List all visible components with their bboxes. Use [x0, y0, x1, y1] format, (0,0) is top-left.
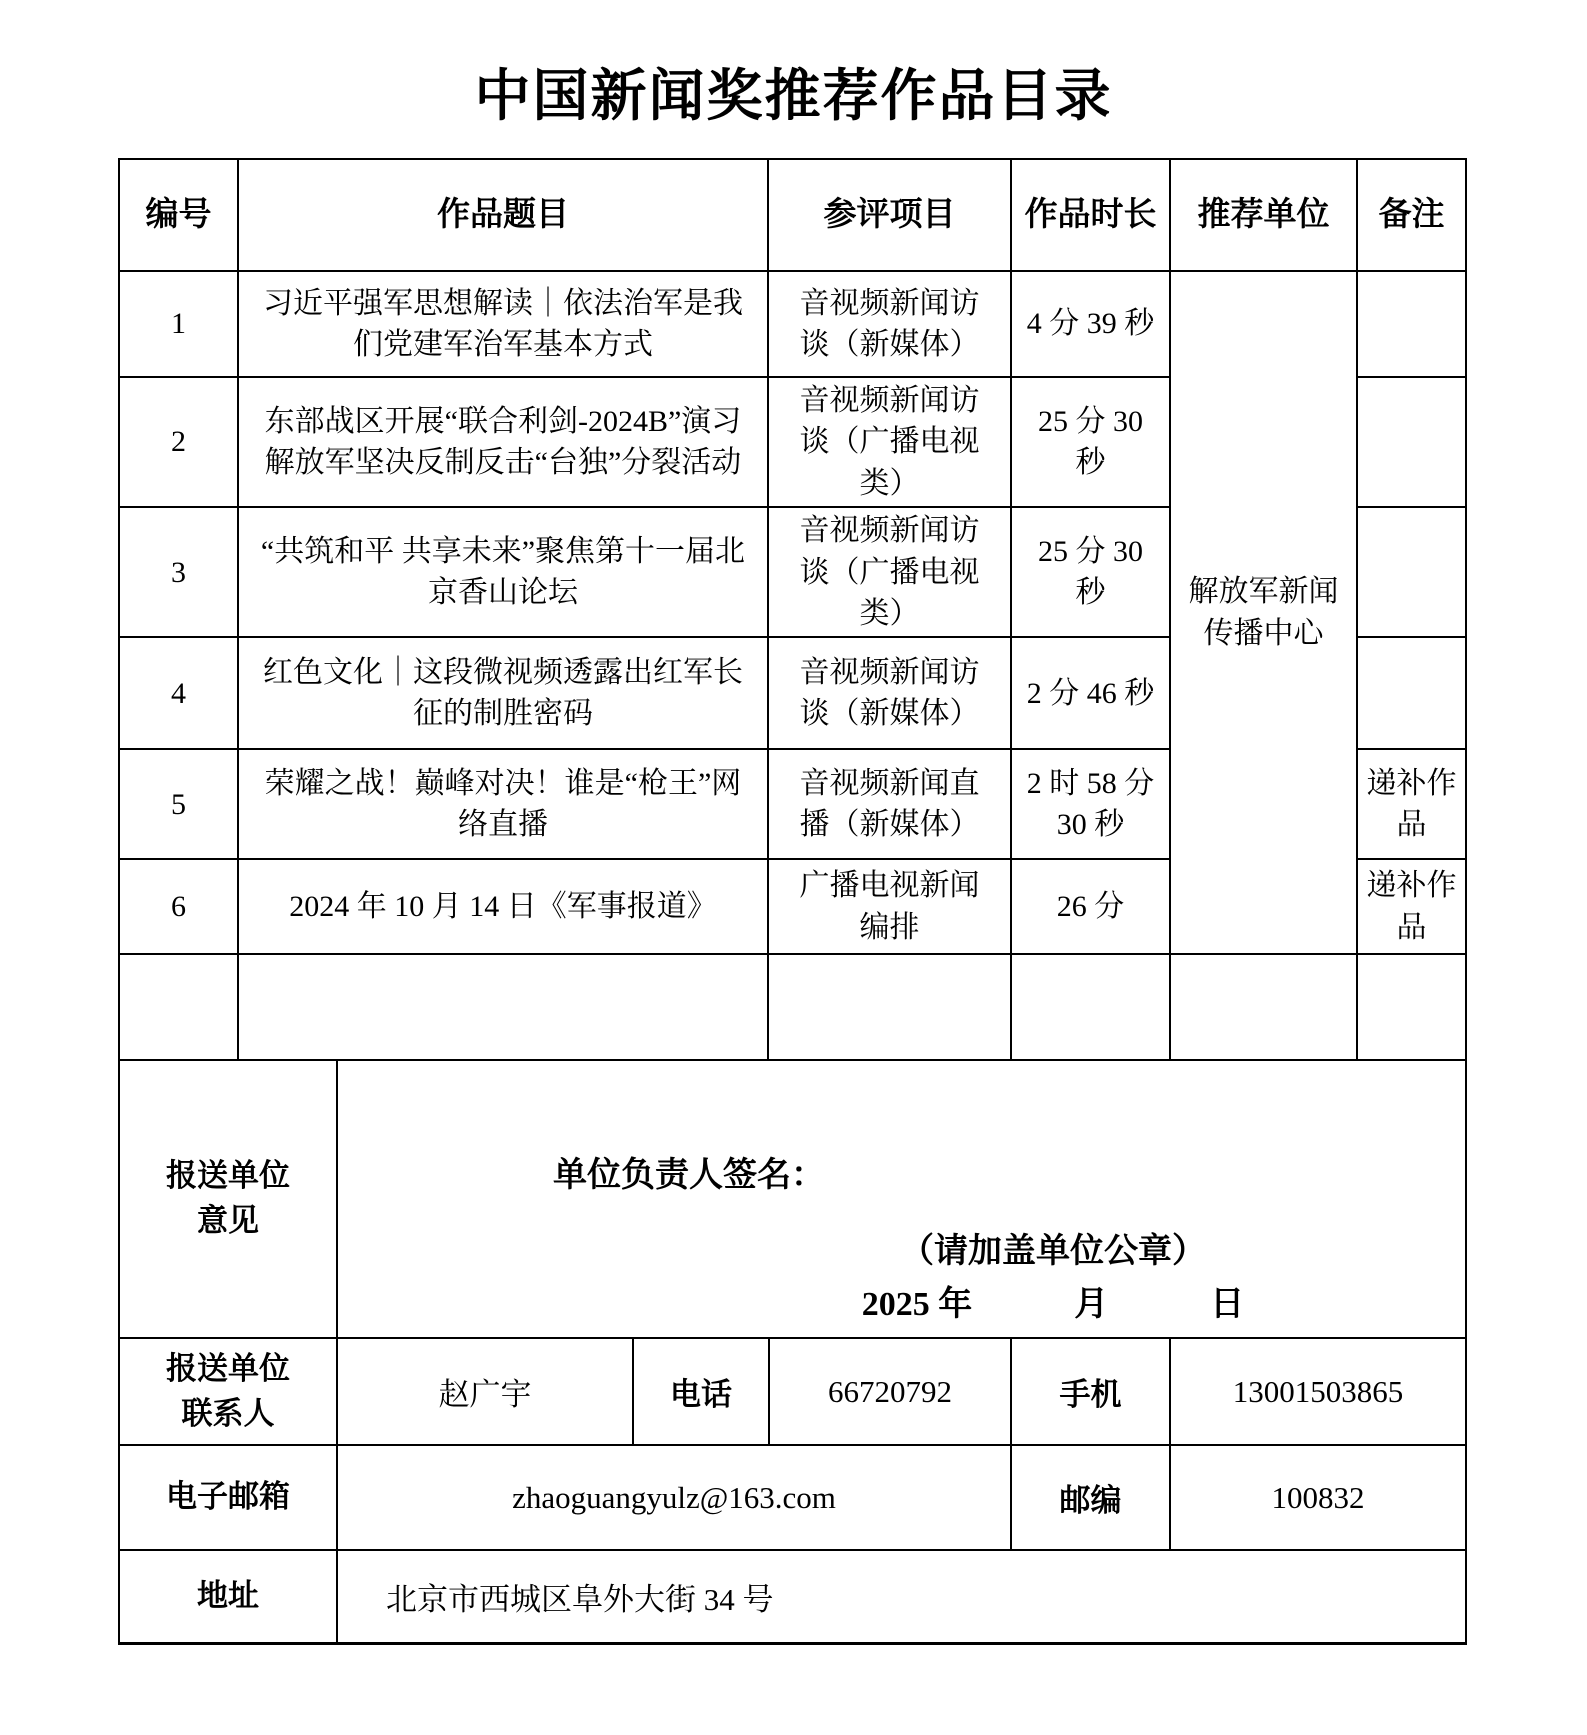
work-title: “共筑和平 共享未来”聚焦第十一届北京香山论坛: [238, 507, 768, 637]
table-row-empty: [119, 954, 1466, 1060]
work-duration: 2 分 46 秒: [1011, 637, 1170, 749]
work-category: 音视频新闻访谈（新媒体）: [768, 637, 1011, 749]
phone-number: 66720792: [769, 1338, 1011, 1445]
work-number: 6: [119, 859, 238, 954]
work-category: 音视频新闻访谈（广播电视类）: [768, 377, 1011, 507]
date-line: 2025 年 月 日: [768, 1279, 1338, 1332]
col-header-category: 参评项目: [768, 159, 1011, 271]
work-number: [119, 954, 238, 1060]
work-title: 东部战区开展“联合利剑-2024B”演习 解放军坚决反制反击“台独”分裂活动: [238, 377, 768, 507]
zip-label: 邮编: [1011, 1445, 1170, 1550]
work-title: 习近平强军思想解读｜依法治军是我们党建军治军基本方式: [238, 271, 768, 377]
email-value: zhaoguangyulz@163.com: [337, 1445, 1011, 1550]
work-number: 4: [119, 637, 238, 749]
recommending-unit-empty: [1170, 954, 1357, 1060]
seal-block: （请加盖单位公章） 2025 年 月 日: [768, 1226, 1338, 1331]
col-header-duration: 作品时长: [1011, 159, 1170, 271]
work-number: 1: [119, 271, 238, 377]
email-label: 电子邮箱: [119, 1445, 337, 1550]
address-label: 地址: [119, 1550, 337, 1643]
work-duration: 25 分 30 秒: [1011, 377, 1170, 507]
col-header-unit: 推荐单位: [1170, 159, 1357, 271]
email-label-text: 电子邮箱: [155, 1475, 301, 1520]
phone-label: 电话: [633, 1338, 769, 1445]
work-remark: [1357, 954, 1466, 1060]
work-number: 3: [119, 507, 238, 637]
work-category: 音视频新闻直播（新媒体）: [768, 749, 1011, 859]
opinion-label: 报送单位意见: [119, 1060, 337, 1338]
work-number: 2: [119, 377, 238, 507]
work-category: 音视频新闻访谈（新媒体）: [768, 271, 1011, 377]
recommending-unit: 解放军新闻传播中心: [1170, 271, 1357, 954]
work-title: 红色文化｜这段微视频透露出红军长征的制胜密码: [238, 637, 768, 749]
work-category: 音视频新闻访谈（广播电视类）: [768, 507, 1011, 637]
work-remark: [1357, 507, 1466, 637]
address-row: 地址 北京市西城区阜外大街 34 号: [119, 1550, 1466, 1643]
work-title: 2024 年 10 月 14 日《军事报道》: [238, 859, 768, 954]
email-row: 电子邮箱 zhaoguangyulz@163.com 邮编 100832: [119, 1445, 1466, 1550]
work-category: 广播电视新闻编排: [768, 859, 1011, 954]
page-title: 中国新闻奖推荐作品目录: [0, 52, 1587, 132]
opinion-content: 单位负责人签名： （请加盖单位公章） 2025 年 月 日: [337, 1060, 1466, 1338]
signature-label: 单位负责人签名：: [553, 1156, 1465, 1197]
opinion-row: 报送单位意见 单位负责人签名： （请加盖单位公章） 2025 年 月 日: [119, 1060, 1466, 1338]
table-header-row: 编号 作品题目 参评项目 作品时长 推荐单位 备注: [119, 159, 1466, 271]
mobile-number: 13001503865: [1170, 1338, 1466, 1445]
work-remark: 递补作品: [1357, 749, 1466, 859]
work-number: 5: [119, 749, 238, 859]
contact-name: 赵广宇: [337, 1338, 633, 1445]
work-duration: [1011, 954, 1170, 1060]
work-duration: 26 分: [1011, 859, 1170, 954]
works-table: 编号 作品题目 参评项目 作品时长 推荐单位 备注 1 习近平强军思想解读｜依法…: [118, 158, 1467, 1061]
work-title: [238, 954, 768, 1060]
document-body: 编号 作品题目 参评项目 作品时长 推荐单位 备注 1 习近平强军思想解读｜依法…: [118, 158, 1465, 1645]
seal-note: （请加盖单位公章）: [768, 1226, 1338, 1279]
work-duration: 4 分 39 秒: [1011, 271, 1170, 377]
opinion-label-text: 报送单位意见: [155, 1154, 301, 1244]
work-remark: [1357, 271, 1466, 377]
work-remark: [1357, 377, 1466, 507]
contact-row: 报送单位联系人 赵广宇 电话 66720792 手机 13001503865: [119, 1338, 1466, 1445]
submission-info-table: 报送单位意见 单位负责人签名： （请加盖单位公章） 2025 年 月 日 报送单…: [118, 1059, 1467, 1645]
address-label-text: 地址: [155, 1574, 301, 1619]
zip-value: 100832: [1170, 1445, 1466, 1550]
mobile-label: 手机: [1011, 1338, 1170, 1445]
work-duration: 25 分 30 秒: [1011, 507, 1170, 637]
table-row: 1 习近平强军思想解读｜依法治军是我们党建军治军基本方式 音视频新闻访谈（新媒体…: [119, 271, 1466, 377]
col-header-title: 作品题目: [238, 159, 768, 271]
opinion-content-layout: 单位负责人签名： （请加盖单位公章） 2025 年 月 日: [338, 1061, 1465, 1335]
col-header-remark: 备注: [1357, 159, 1466, 271]
contact-label: 报送单位联系人: [119, 1338, 337, 1445]
address-value: 北京市西城区阜外大街 34 号: [337, 1550, 1466, 1643]
work-remark: 递补作品: [1357, 859, 1466, 954]
work-duration: 2 时 58 分 30 秒: [1011, 749, 1170, 859]
contact-label-text: 报送单位联系人: [155, 1347, 301, 1437]
work-remark: [1357, 637, 1466, 749]
work-title: 荣耀之战！巅峰对决！谁是“枪王”网络直播: [238, 749, 768, 859]
col-header-number: 编号: [119, 159, 238, 271]
work-category: [768, 954, 1011, 1060]
